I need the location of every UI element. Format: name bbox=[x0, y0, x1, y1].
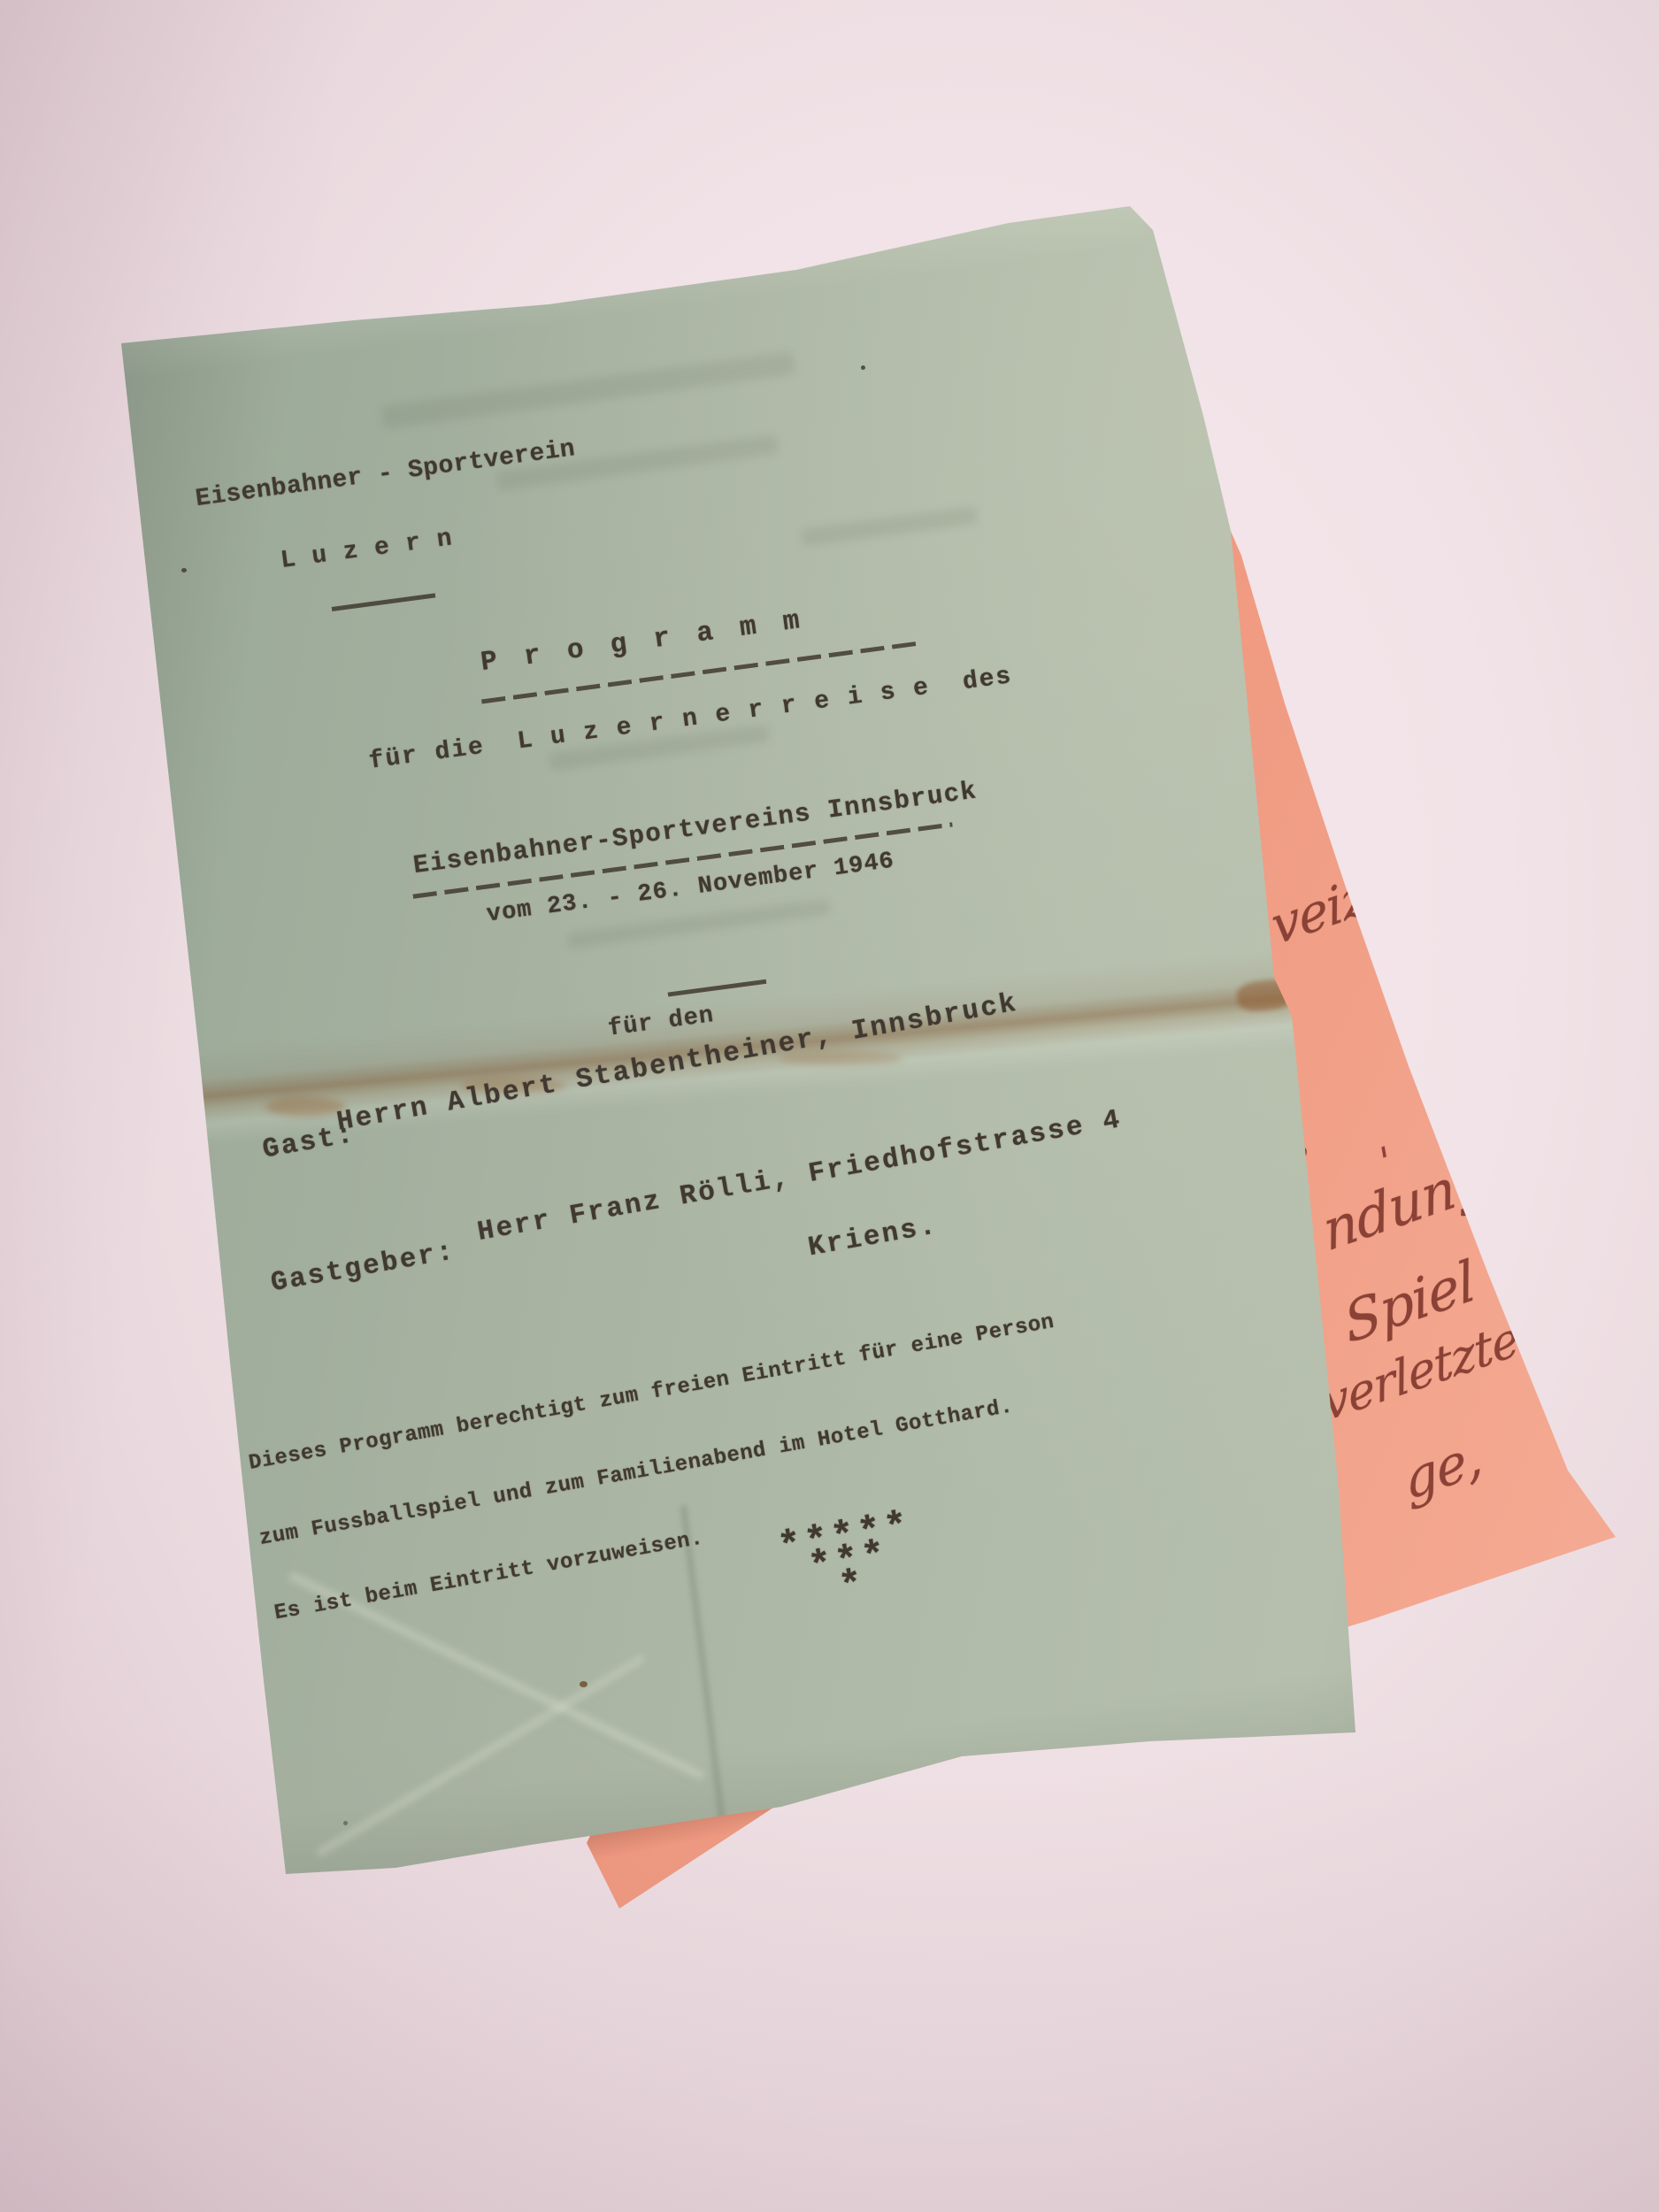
title-line: P r o g r a m m bbox=[479, 605, 806, 680]
photo-of-documents: veiz e ' ndung Spiel verletzter ge, bbox=[0, 0, 1659, 2212]
club-name-line: Eisenbahner - Sportverein bbox=[194, 435, 577, 513]
host-city: Kriens. bbox=[806, 1210, 941, 1263]
host-label: Gastgeber: bbox=[269, 1236, 458, 1299]
for-line: für den bbox=[607, 1002, 716, 1043]
notice-line-1: Dieses Programm berechtigt zum freien Ei… bbox=[247, 1310, 1056, 1476]
paper-speck bbox=[343, 1821, 348, 1825]
club-underline-bar bbox=[332, 593, 436, 611]
paper-speck bbox=[181, 568, 187, 572]
paper-speck bbox=[945, 223, 950, 227]
divider-line bbox=[668, 979, 767, 997]
club-city-line: L u z e r n bbox=[279, 525, 454, 575]
asterisk-decoration-row-3: * bbox=[838, 1571, 869, 1601]
host-value: Herr Franz Rölli, Friedhofstrasse 4 bbox=[475, 1104, 1124, 1248]
subtitle-line: für die L u z e r n e r r e i s e des bbox=[367, 663, 1014, 776]
